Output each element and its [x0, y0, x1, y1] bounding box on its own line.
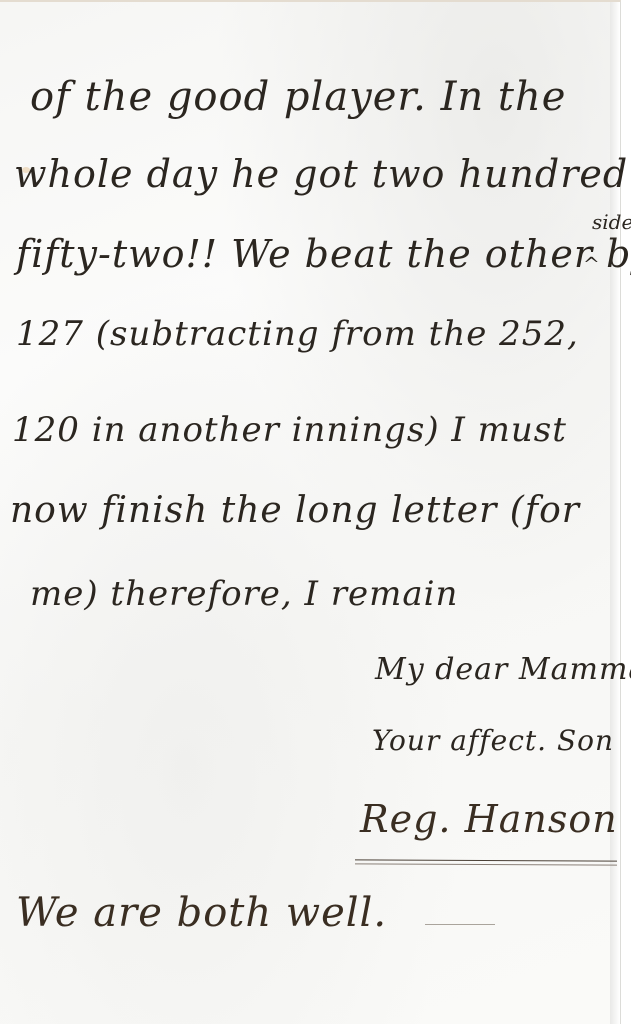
insertion-caret: ^ [583, 252, 600, 276]
signature: Reg. Hanson [360, 797, 618, 841]
letter-line-6: now finish the long letter (for [10, 490, 580, 531]
letter-line-1: of the good player. In the [30, 74, 566, 120]
letter-line-5: 120 in another innings) I must [12, 410, 567, 450]
postscript: We are both well. [16, 890, 387, 936]
letter-page: of the good player. In the whole day he … [0, 0, 621, 1024]
postscript-dash [425, 924, 495, 925]
letter-line-3: fifty-two!! We beat the other by [16, 232, 631, 276]
interlinear-insertion: side [592, 210, 631, 234]
letter-line-7: me) therefore, I remain [30, 574, 458, 614]
closing-valediction: Your affect. Son [372, 724, 614, 757]
letter-line-2: whole day he got two hundred and [14, 152, 631, 196]
letter-line-4: 127 (subtracting from the 252, [16, 314, 579, 354]
closing-salutation: My dear Mamma [375, 652, 631, 687]
signature-underline [355, 859, 617, 865]
